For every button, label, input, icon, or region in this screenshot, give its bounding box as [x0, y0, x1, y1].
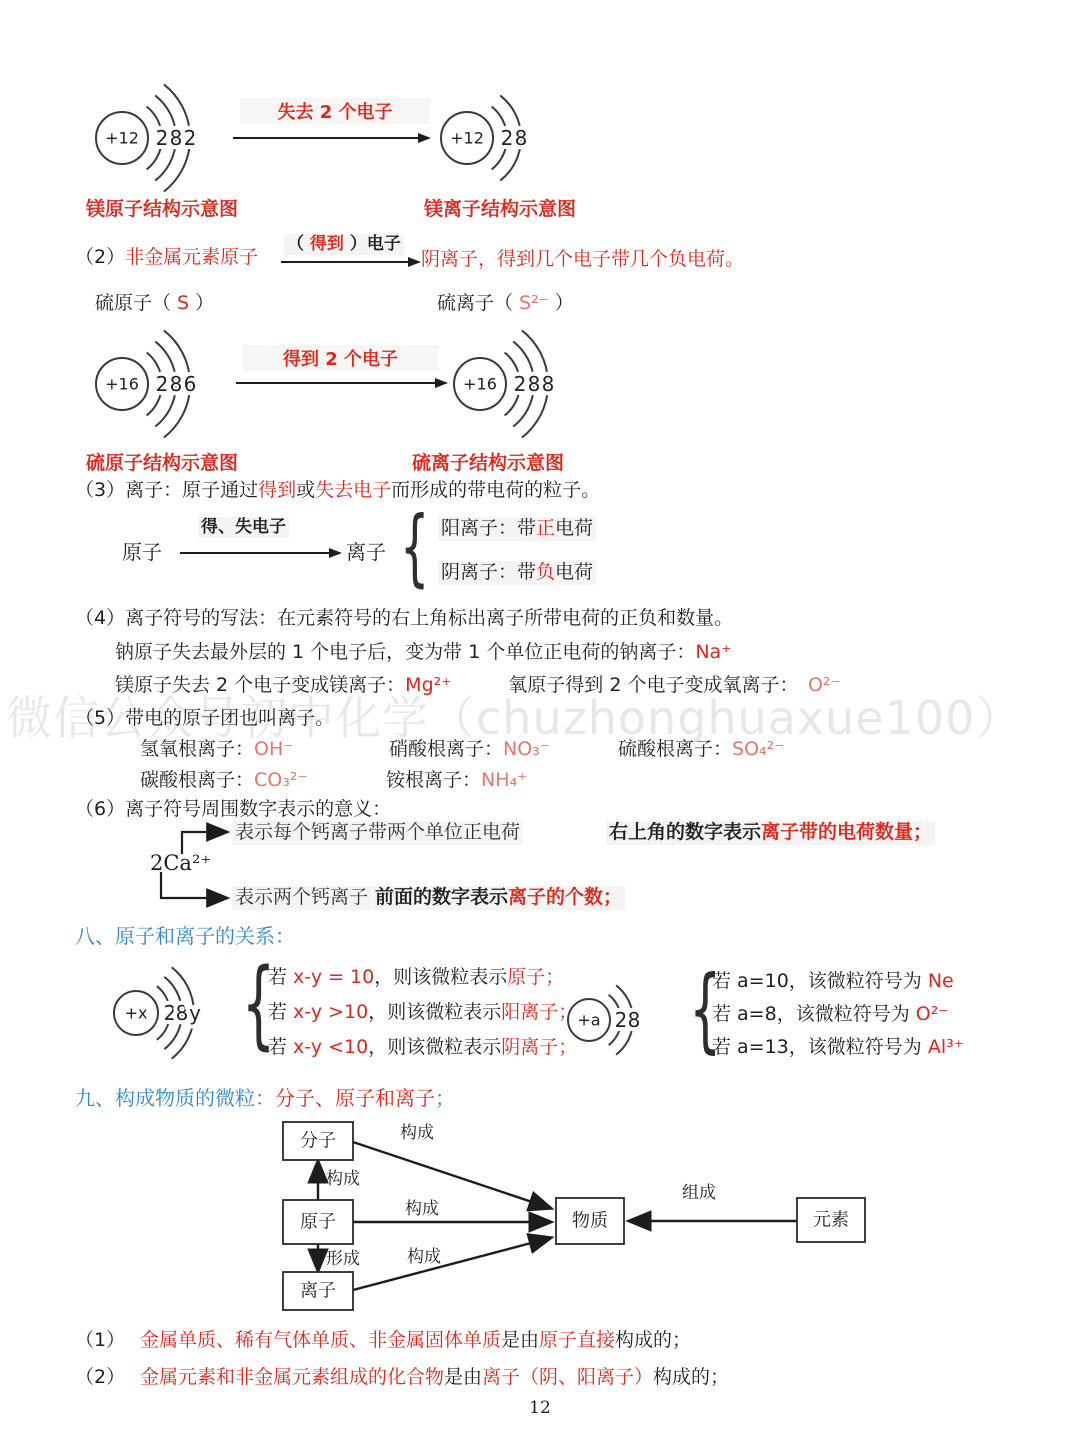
x-rule-anion: 若 x-y <10，则该微粒表示阴离子； — [268, 1036, 577, 1060]
shell-electron-count: 8 — [176, 1001, 189, 1025]
ion-box-label: 离子 — [300, 1281, 336, 1302]
item6-bottom-meaning: 表示两个钙离子 — [232, 886, 371, 910]
a-particle-structure-diagram: +a 2 8 — [563, 968, 658, 1073]
edge-label-form: 形成 — [326, 1249, 360, 1269]
sulfur-atom-symbol-line: 硫原子（ S ） — [95, 292, 214, 316]
text-segment: 离子（阴、阳离子） — [482, 1366, 653, 1388]
text-segment: 硫离子（ — [437, 292, 519, 314]
text-segment: 若 a=10，该微粒符号为 — [712, 970, 928, 992]
text-segment: 正 — [536, 517, 555, 539]
text-segment: 离子的个数； — [508, 886, 622, 908]
text-segment: S²⁻ — [519, 292, 549, 314]
text-segment: 金属元素和非金属元素组成的化合物 — [140, 1366, 444, 1388]
mg-arrow-label: 失去 2 个电子 — [240, 98, 430, 124]
text-segment: （ — [287, 234, 310, 254]
text-segment: Al³⁺ — [928, 1036, 964, 1058]
elbow-arrow-up — [182, 832, 226, 854]
text-segment: 硫原子（ — [95, 292, 177, 314]
item4-na-line: 钠原子失去最外层的 1 个电子后，变为带 1 个单位正电荷的钠离子：Na⁺ — [115, 641, 731, 665]
page-number: 12 — [0, 1398, 1080, 1418]
text-segment: 钠原子失去最外层的 1 个电子后，变为带 1 个单位正电荷的钠离子： — [115, 641, 695, 663]
text-segment: 离子带的电荷数量； — [761, 821, 932, 843]
edge-label-compose: 构成 — [405, 1199, 439, 1219]
elbow-arrow-down — [161, 872, 226, 898]
text-segment: Ne — [928, 970, 954, 992]
item3-to: 离子 — [346, 540, 386, 565]
shell-electron-count: 2 — [164, 1001, 177, 1025]
text-segment: x-y = 10 — [293, 966, 374, 988]
text-segment: ； — [435, 1086, 455, 1110]
sulfur-ion-symbol-line: 硫离子（ S²⁻ ） — [437, 292, 574, 316]
text-segment: 若 — [268, 1036, 293, 1058]
text-segment: CO₃²⁻ — [254, 769, 307, 791]
text-segment: 若 a=8，该微粒符号为 — [712, 1003, 916, 1025]
shell-electron-count: 8 — [528, 372, 541, 396]
a-rule-al3: 若 a=13，该微粒符号为 Al³⁺ — [712, 1036, 964, 1060]
s-reaction-arrow — [236, 382, 446, 384]
text-segment: 若 — [268, 966, 293, 988]
text-segment: 是由 — [501, 1329, 539, 1351]
nucleus-charge: +a — [577, 1011, 600, 1030]
item6-bottom-note: 前面的数字表示离子的个数； — [372, 886, 625, 910]
mg-ion-structure-diagram: +12 2 8 — [437, 72, 542, 204]
shell-electron-count: 6 — [184, 372, 197, 396]
text-segment: ）电子 — [344, 234, 401, 254]
shell-electron-count: y — [189, 1001, 201, 1025]
item2-arrow — [281, 261, 419, 263]
shell-electron-count: 8 — [170, 372, 183, 396]
shell-electron-count: 2 — [514, 372, 527, 396]
item3-anion: 阴离子：带负电荷 — [438, 561, 596, 585]
text-segment: 失去电子 — [315, 479, 391, 501]
text-segment: ，则该微粒表示 — [374, 966, 507, 988]
text-segment: 前面的数字表示 — [375, 886, 508, 908]
text-segment: 电荷 — [555, 561, 593, 583]
item3-arrow-label: 得、失电子 — [198, 517, 289, 538]
s-atom-caption: 硫原子结构示意图 — [86, 448, 238, 475]
edge-label-compose: 构成 — [407, 1247, 441, 1267]
item3-cation: 阳离子：带正电荷 — [438, 517, 596, 541]
mg-ion-caption: 镁离子结构示意图 — [424, 194, 576, 221]
s-ion-caption: 硫离子结构示意图 — [412, 448, 564, 475]
nucleus-charge: +16 — [463, 375, 497, 394]
text-segment: 得到 — [310, 234, 344, 254]
note1-number: （1） — [75, 1329, 125, 1353]
watermark: 微信公众号初中化学（chuzhonghuaxue100） — [6, 682, 1022, 748]
item2-result: 阴离子，得到几个电子带几个负电荷。 — [421, 248, 744, 272]
nucleus-charge: +12 — [105, 129, 139, 148]
text-segment: 金属单质、稀有气体单质、非金属固体单质 — [140, 1329, 501, 1351]
text-segment: 右上角的数字表示 — [609, 821, 761, 843]
mg-atom-structure-diagram: +12 2 8 2 — [92, 72, 217, 204]
note2-text: 金属元素和非金属元素组成的化合物是由离子（阴、阳离子）构成的； — [140, 1366, 729, 1390]
shell-electron-count: 2 — [184, 126, 197, 150]
item3-arrow — [180, 552, 340, 554]
text-segment: 阴离子，得到几个电子带几个负电荷。 — [421, 248, 744, 270]
shell-electron-count: 2 — [501, 126, 514, 150]
edge-label-compose: 构成 — [400, 1123, 434, 1143]
item2-arrow-label: （ 得到 ）电子 — [284, 234, 404, 255]
x-particle-structure-diagram: +x 2 8 y — [108, 953, 220, 1073]
carbonate-ion: 碳酸根离子：CO₃²⁻ — [140, 769, 308, 793]
shell-electron-count: 8 — [628, 1008, 641, 1032]
s-arrow-label: 得到 2 个电子 — [243, 345, 438, 371]
text-segment: x-y >10 — [293, 1001, 368, 1023]
arrow-ion-to-matter — [353, 1238, 550, 1290]
text-segment: 阳离子：带 — [441, 517, 536, 539]
nucleus-charge: +x — [125, 1004, 148, 1023]
text-segment: 若 a=13，该微粒符号为 — [712, 1036, 928, 1058]
text-segment: 构成的； — [615, 1329, 691, 1351]
text-segment: 电荷 — [555, 517, 593, 539]
text-segment: Na⁺ — [695, 641, 731, 663]
atom-box-label: 原子 — [300, 1212, 336, 1233]
element-box-label: 元素 — [813, 1210, 849, 1231]
text-segment: 铵根离子： — [386, 769, 481, 791]
s-ion-structure-diagram: +16 2 8 8 — [450, 318, 575, 450]
edge-label-makeup: 组成 — [682, 1183, 716, 1203]
shell-electron-count: 2 — [615, 1008, 628, 1032]
arrow-molecule-to-matter — [353, 1142, 550, 1208]
text-segment: （2） — [75, 246, 125, 268]
shell-electron-count: 2 — [156, 372, 169, 396]
text-segment: 分子、原子和离子 — [275, 1086, 435, 1110]
molecule-box-label: 分子 — [300, 1131, 336, 1152]
note2-number: （2） — [75, 1366, 125, 1390]
text-segment: 原子； — [507, 966, 564, 988]
text-segment: 非金属元素原子 — [125, 246, 258, 268]
shell-electron-count: 8 — [542, 372, 555, 396]
text-segment: 是由 — [444, 1366, 482, 1388]
text-segment: ） — [189, 292, 214, 314]
item2-lead: （2）非金属元素原子 — [75, 246, 258, 270]
note1-text: 金属单质、稀有气体单质、非金属固体单质是由原子直接构成的； — [140, 1329, 691, 1353]
a-rule-ne: 若 a=10，该微粒符号为 Ne — [712, 970, 954, 994]
matter-box-label: 物质 — [572, 1211, 608, 1232]
2ca-elbow-arrows — [152, 816, 237, 911]
item3-definition: （3）离子：原子通过得到或失去电子而形成的带电荷的粒子。 — [75, 479, 600, 503]
shell-electron-count: 8 — [170, 126, 183, 150]
s-atom-structure-diagram: +16 2 8 6 — [92, 318, 217, 450]
item6-top-meaning: 表示每个钙离子带两个单位正电荷 — [232, 821, 523, 845]
text-segment: S — [177, 292, 189, 314]
text-segment: 负 — [536, 561, 555, 583]
nucleus-charge: +12 — [450, 129, 484, 148]
item3-from: 原子 — [122, 540, 162, 565]
ammonium-ion: 铵根离子：NH₄⁺ — [386, 769, 527, 793]
x-rule-cation: 若 x-y >10，则该微粒表示阳离子； — [268, 1001, 577, 1025]
item4-title: （4）离子符号的写法：在元素符号的右上角标出离子所带电荷的正负和数量。 — [75, 607, 733, 631]
item6-top-note: 右上角的数字表示离子带的电荷数量； — [606, 821, 935, 845]
mg-reaction-arrow — [233, 137, 429, 139]
text-segment: 原子直接 — [539, 1329, 615, 1351]
item3-brace: { — [400, 505, 429, 589]
text-segment: 碳酸根离子： — [140, 769, 254, 791]
document-page: 微信公众号初中化学（chuzhonghuaxue100） +12 2 8 2 失… — [0, 0, 1080, 1432]
mg-atom-caption: 镁原子结构示意图 — [86, 194, 238, 221]
text-segment: x-y <10 — [293, 1036, 368, 1058]
text-segment: 或 — [296, 479, 315, 501]
text-segment: NH₄⁺ — [481, 769, 527, 791]
shell-electron-count: 2 — [156, 126, 169, 150]
x-rule-atom: 若 x-y = 10，则该微粒表示原子； — [268, 966, 564, 990]
text-segment: ，则该微粒表示 — [368, 1001, 501, 1023]
a-rule-o2: 若 a=8，该微粒符号为 O²⁻ — [712, 1003, 948, 1027]
text-segment: （3）离子：原子通过 — [75, 479, 258, 501]
text-segment: 得到 — [258, 479, 296, 501]
text-segment: ，则该微粒表示 — [368, 1036, 501, 1058]
text-segment: 构成的； — [653, 1366, 729, 1388]
nucleus-charge: +16 — [105, 375, 139, 394]
shell-electron-count: 8 — [515, 126, 528, 150]
text-segment: 九、构成物质的微粒： — [75, 1086, 275, 1110]
section8-heading: 八、原子和离子的关系： — [75, 920, 295, 949]
text-segment: ） — [549, 292, 574, 314]
text-segment: 阴离子：带 — [441, 561, 536, 583]
section9-heading: 九、构成物质的微粒：分子、原子和离子； — [75, 1082, 455, 1111]
edge-label-compose: 构成 — [326, 1169, 360, 1189]
matter-composition-flow-diagram: 分子 原子 离子 物质 元素 构成 构成 构成 形成 构成 组成 — [250, 1108, 890, 1323]
text-segment: 若 — [268, 1001, 293, 1023]
text-segment: O²⁻ — [916, 1003, 949, 1025]
